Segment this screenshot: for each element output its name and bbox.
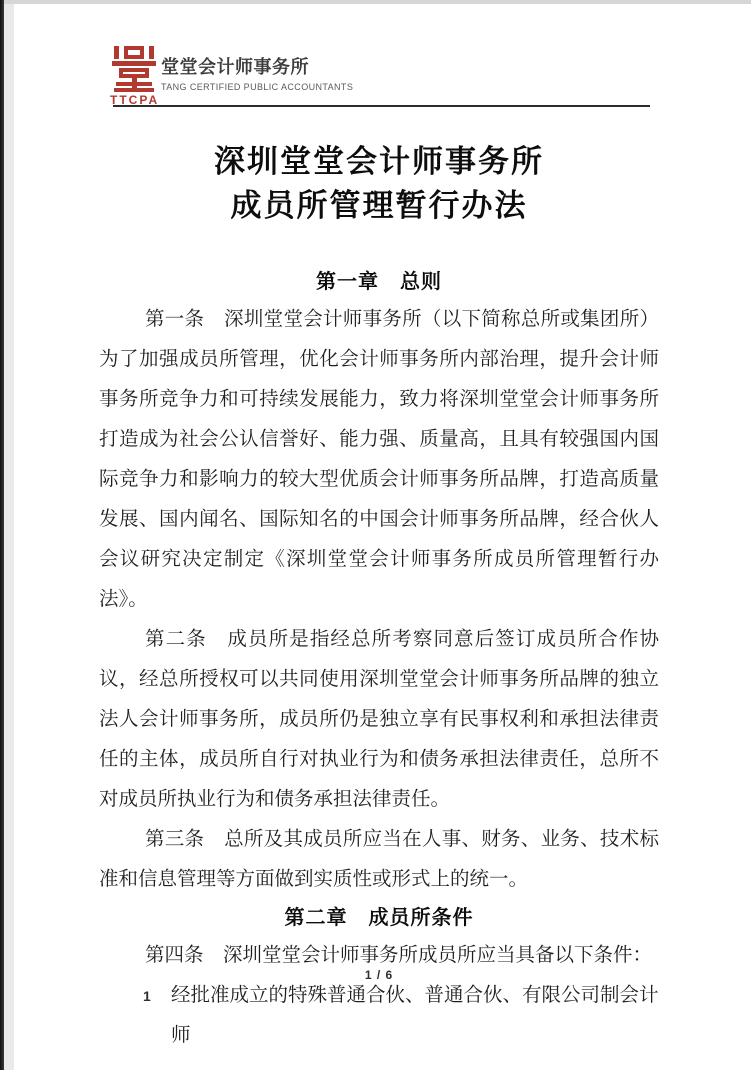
document-page: TTCPA 堂堂会计师事务所 TANG CERTIFIED PUBLIC ACC… <box>0 0 751 1070</box>
list-item-number: 1 <box>143 976 151 1016</box>
list-item-text: 经批准成立的特殊普通合伙、普通合伙、有限公司制会计师 <box>171 985 659 1046</box>
paragraph-article-3: 第三条 总所及其成员所应当在人事、财务、业务、技术标准和信息管理等方面做到实质性… <box>99 820 659 900</box>
paragraph-article-1: 第一条 深圳堂堂会计师事务所（以下简称总所或集团所）为了加强成员所管理，优化会计… <box>99 300 659 620</box>
page-number: 1 / 6 <box>99 968 659 982</box>
chapter-heading-2: 第二章 成员所条件 <box>99 900 659 936</box>
document-title: 深圳堂堂会计师事务所 成员所管理暂行办法 <box>99 140 659 228</box>
title-line-2: 成员所管理暂行办法 <box>231 188 528 223</box>
scan-edge-light <box>4 0 14 1070</box>
chapter-heading-1: 第一章 总则 <box>99 264 659 300</box>
list-item: 1 经批准成立的特殊普通合伙、普通合伙、有限公司制会计师 <box>99 976 659 1056</box>
paragraph-article-2: 第二条 成员所是指经总所考察同意后签订成员所合作协议，经总所授权可以共同使用深圳… <box>99 620 659 820</box>
document-body: 深圳堂堂会计师事务所 成员所管理暂行办法 第一章 总则 第一条 深圳堂堂会计师事… <box>99 0 659 1056</box>
title-line-1: 深圳堂堂会计师事务所 <box>214 144 544 179</box>
